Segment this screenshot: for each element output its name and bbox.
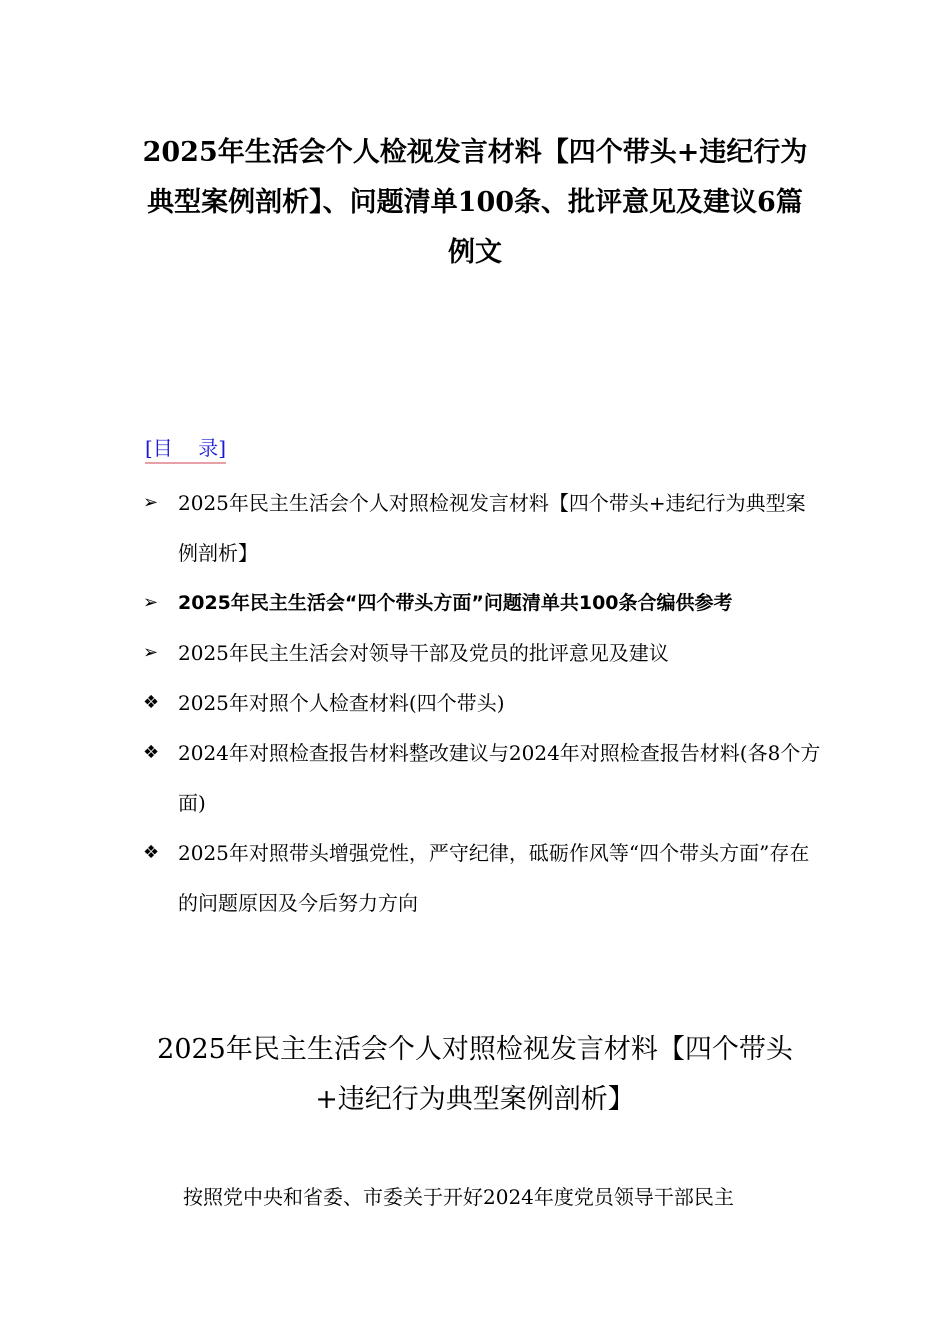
toc-item[interactable]: ➢ 2025年民主生活会个人对照检视发言材料【四个带头+违纪行为典型案例剖析】 <box>143 478 823 578</box>
toc-item-label: 2025年民主生活会“四个带头方面”问题清单共100条合编供参考 <box>178 592 733 614</box>
toc-item[interactable]: ❖ 2024年对照检查报告材料整改建议与2024年对照检查报告材料(各8个方面) <box>143 728 823 828</box>
toc-item-label: 2024年对照检查报告材料整改建议与2024年对照检查报告材料(各8个方面) <box>178 741 820 815</box>
toc-item[interactable]: ❖ 2025年对照带头增强党性，严守纪律，砥砺作风等“四个带头方面”存在的问题原… <box>143 828 823 928</box>
arrow-bullet-icon: ➢ <box>143 628 167 678</box>
toc-item-label: 2025年对照个人检查材料(四个带头) <box>178 691 505 715</box>
toc-item[interactable]: ➢ 2025年民主生活会“四个带头方面”问题清单共100条合编供参考 <box>143 578 823 628</box>
section-title: 2025年民主生活会个人对照检视发言材料【四个带头+违纪行为典型案例剖析】 <box>140 1025 810 1125</box>
toc-heading-link[interactable]: [目 录] <box>145 434 226 464</box>
diamond-bullet-icon: ❖ <box>143 728 167 778</box>
toc-item-label: 2025年民主生活会对领导干部及党员的批评意见及建议 <box>178 641 669 665</box>
toc-item-label: 2025年对照带头增强党性，严守纪律，砥砺作风等“四个带头方面”存在的问题原因及… <box>178 841 809 915</box>
arrow-bullet-icon: ➢ <box>143 478 167 528</box>
document-title: 2025年生活会个人检视发言材料【四个带头+违纪行为典型案例剖析】、问题清单10… <box>140 128 810 278</box>
document-page: 2025年生活会个人检视发言材料【四个带头+违纪行为典型案例剖析】、问题清单10… <box>0 0 950 1344</box>
toc-item[interactable]: ➢ 2025年民主生活会对领导干部及党员的批评意见及建议 <box>143 628 823 678</box>
diamond-bullet-icon: ❖ <box>143 678 167 728</box>
arrow-bullet-icon: ➢ <box>143 578 167 628</box>
body-paragraph: 按照党中央和省委、市委关于开好2024年度党员领导干部民主 <box>183 1180 823 1214</box>
toc-item[interactable]: ❖ 2025年对照个人检查材料(四个带头) <box>143 678 823 728</box>
toc-item-label: 2025年民主生活会个人对照检视发言材料【四个带头+违纪行为典型案例剖析】 <box>178 491 806 565</box>
diamond-bullet-icon: ❖ <box>143 828 167 878</box>
table-of-contents: ➢ 2025年民主生活会个人对照检视发言材料【四个带头+违纪行为典型案例剖析】 … <box>143 478 823 928</box>
